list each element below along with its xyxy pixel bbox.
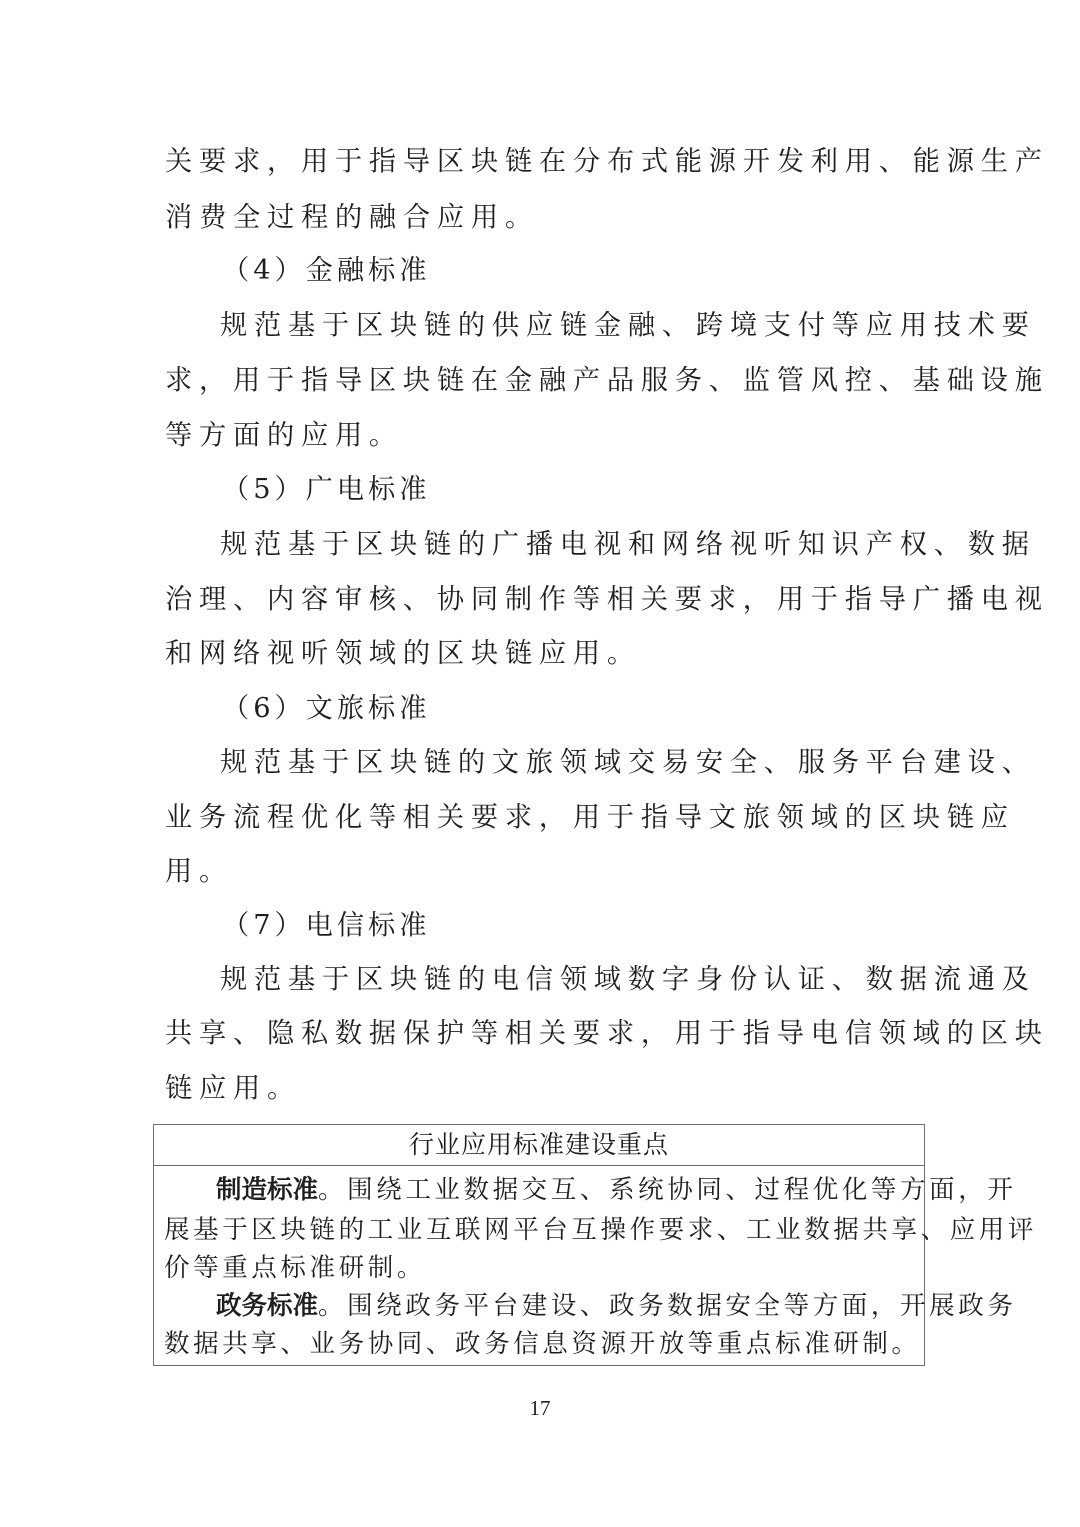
box-title: 行业应用标准建设重点 bbox=[154, 1125, 924, 1166]
key-points-box: 行业应用标准建设重点 制造标准。围绕工业数据交互、系统协同、过程优化等方面，开 … bbox=[153, 1124, 925, 1366]
paragraph-line: 和网络视听领域的区块链应用。 bbox=[165, 636, 910, 672]
box-item-label: 政务标准 bbox=[216, 1291, 318, 1321]
page-number: 17 bbox=[0, 1396, 1080, 1421]
paragraph-line: 关要求，用于指导区块链在分布式能源开发利用、能源生产 bbox=[165, 144, 910, 180]
box-item-text: 。围绕工业数据交互、系统协同、过程优化等方面，开 bbox=[318, 1175, 1016, 1205]
paragraph-line: 求，用于指导区块链在金融产品服务、监管风控、基础设施 bbox=[165, 363, 910, 399]
paragraph-line: 规范基于区块链的广播电视和网络视听知识产权、数据 bbox=[220, 527, 910, 563]
paragraph-line: 业务流程优化等相关要求，用于指导文旅领域的区块链应 bbox=[165, 800, 910, 836]
box-item-manufacturing: 制造标准。围绕工业数据交互、系统协同、过程优化等方面，开 bbox=[216, 1173, 916, 1207]
box-line: 价等重点标准研制。 bbox=[164, 1251, 916, 1285]
paragraph-line: 用。 bbox=[165, 854, 910, 890]
paragraph-line: 消费全过程的融合应用。 bbox=[165, 200, 910, 236]
paragraph-line: 链应用。 bbox=[165, 1071, 910, 1107]
paragraph-line: 规范基于区块链的电信领域数字身份认证、数据流通及 bbox=[220, 962, 910, 998]
paragraph-line: 规范基于区块链的文旅领域交易安全、服务平台建设、 bbox=[220, 745, 910, 781]
paragraph-line: 共享、隐私数据保护等相关要求，用于指导电信领域的区块 bbox=[165, 1016, 910, 1052]
section-heading-culture-tourism: （6）文旅标准 bbox=[222, 691, 967, 727]
section-heading-finance: （4）金融标准 bbox=[222, 253, 967, 289]
box-item-government: 政务标准。围绕政务平台建设、政务数据安全等方面，开展政务 bbox=[216, 1289, 916, 1323]
box-line: 数据共享、业务协同、政务信息资源开放等重点标准研制。 bbox=[164, 1327, 916, 1361]
section-heading-broadcast: （5）广电标准 bbox=[222, 472, 967, 508]
box-line: 展基于区块链的工业互联网平台互操作要求、工业数据共享、应用评 bbox=[164, 1213, 916, 1247]
paragraph-line: 等方面的应用。 bbox=[165, 418, 910, 454]
paragraph-line: 治理、内容审核、协同制作等相关要求，用于指导广播电视 bbox=[165, 582, 910, 618]
box-item-text: 。围绕政务平台建设、政务数据安全等方面，开展政务 bbox=[318, 1291, 1016, 1321]
paragraph-line: 规范基于区块链的供应链金融、跨境支付等应用技术要 bbox=[220, 308, 910, 344]
document-page: 关要求，用于指导区块链在分布式能源开发利用、能源生产 消费全过程的融合应用。 （… bbox=[0, 0, 1080, 1527]
box-item-label: 制造标准 bbox=[216, 1175, 318, 1205]
section-heading-telecom: （7）电信标准 bbox=[222, 908, 967, 944]
